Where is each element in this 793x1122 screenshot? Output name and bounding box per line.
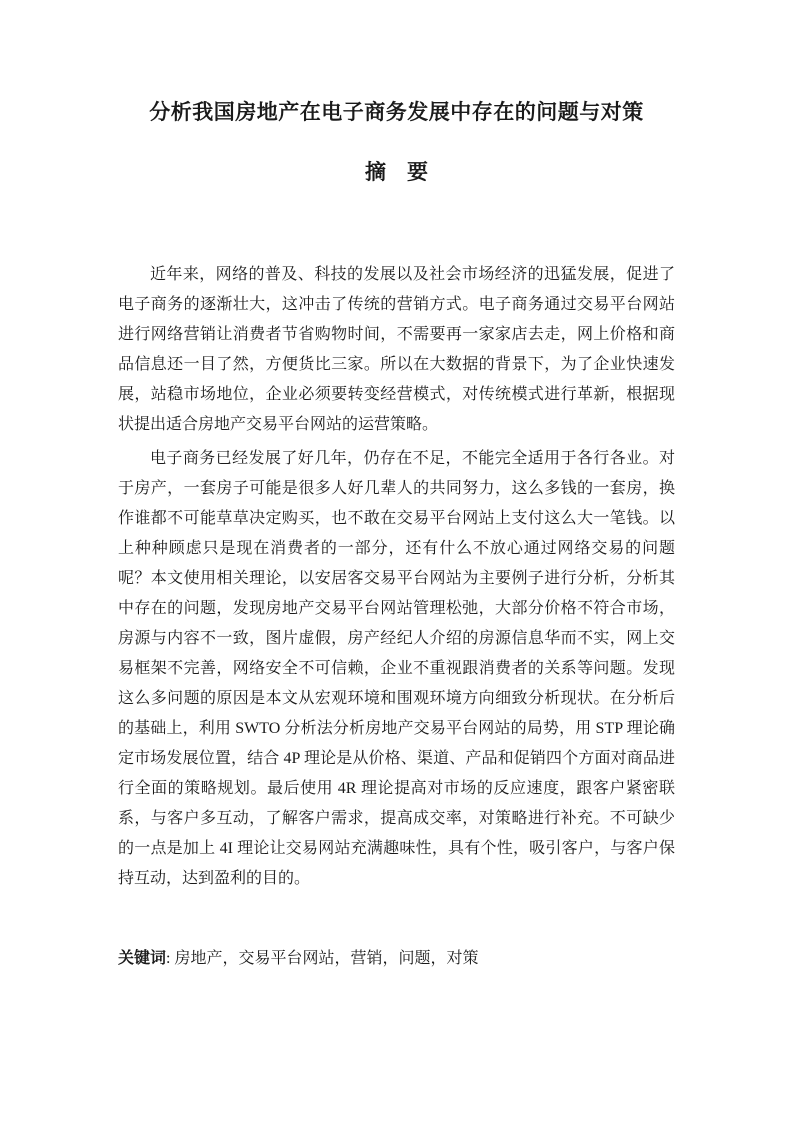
abstract-paragraph-2: 电子商务已经发展了好几年，仍存在不足，不能完全适用于各行各业。对于房产，一套房子… — [118, 444, 675, 894]
abstract-body: 近年来，网络的普及、科技的发展以及社会市场经济的迅猛发展，促进了电子商务的逐渐壮… — [118, 260, 675, 894]
abstract-heading: 摘 要 — [118, 158, 675, 188]
document-title: 分析我国房地产在电子商务发展中存在的问题与对策 — [118, 98, 675, 128]
keywords-label: 关键词 — [118, 950, 166, 967]
keywords-line: 关键词: 房地产，交易平台网站，营销，问题，对策 — [118, 944, 675, 974]
document-page: 分析我国房地产在电子商务发展中存在的问题与对策 摘 要 近年来，网络的普及、科技… — [0, 0, 793, 1122]
abstract-paragraph-1: 近年来，网络的普及、科技的发展以及社会市场经济的迅猛发展，促进了电子商务的逐渐壮… — [118, 260, 675, 440]
keywords-text: 房地产，交易平台网站，营销，问题，对策 — [174, 950, 478, 967]
